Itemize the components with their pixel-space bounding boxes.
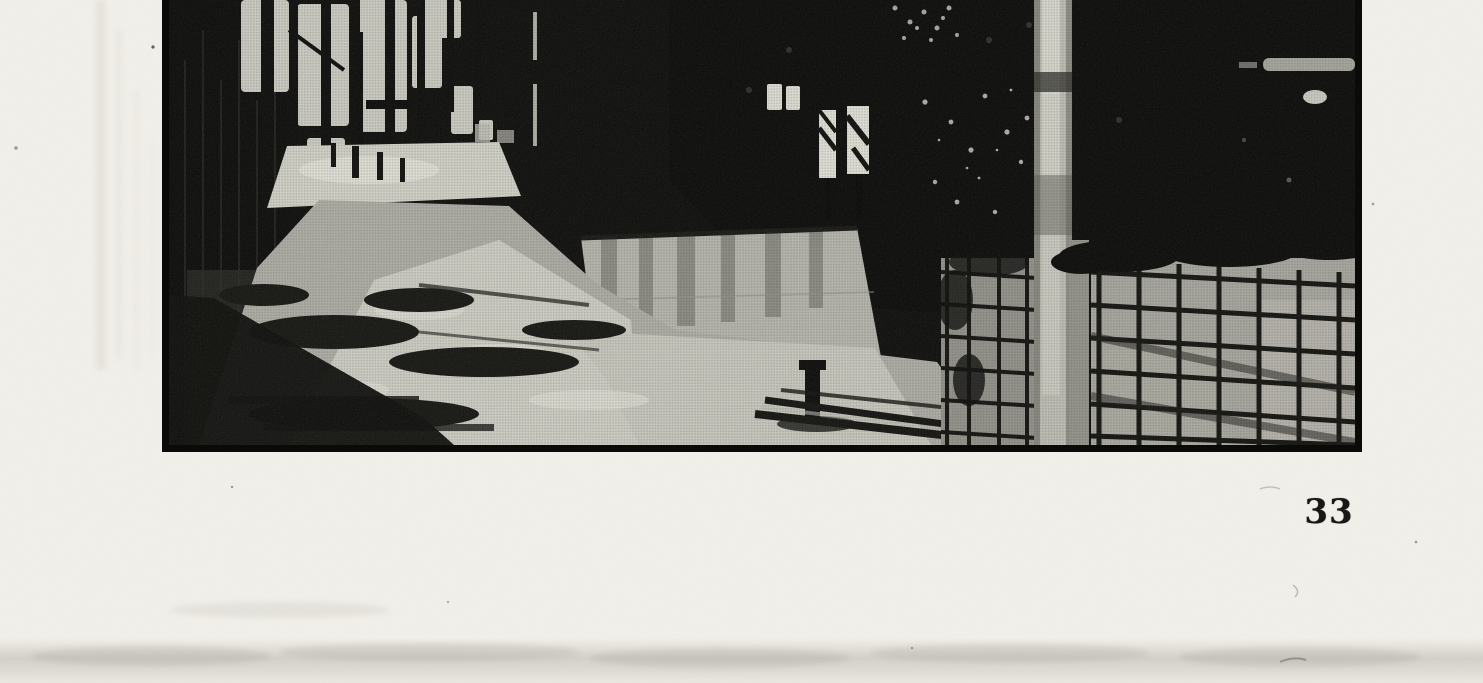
photo-frame xyxy=(162,0,1362,452)
page-number: 33 xyxy=(1294,492,1364,532)
halftone-photo xyxy=(169,0,1355,445)
scanned-page: 33 xyxy=(0,0,1483,683)
photo-grain xyxy=(169,0,1355,445)
